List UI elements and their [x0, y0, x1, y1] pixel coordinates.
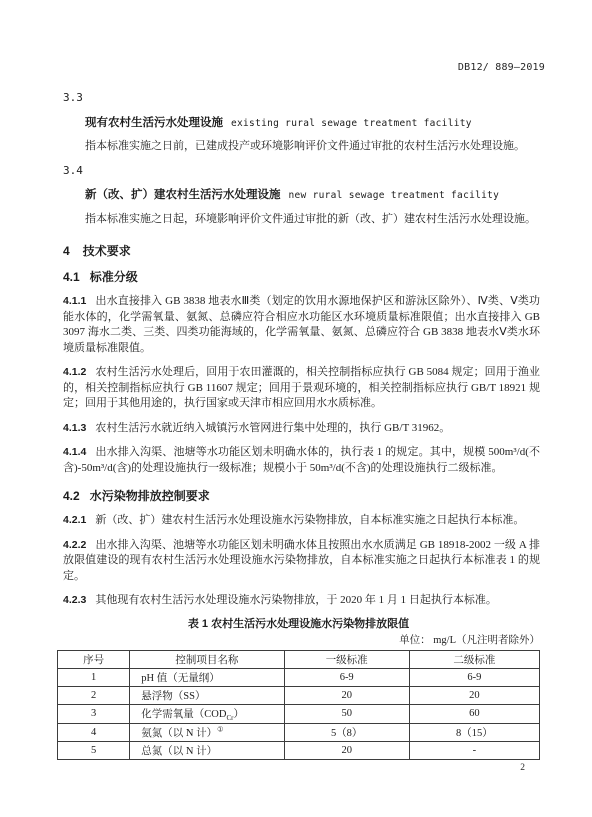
document-content: 3.3 现有农村生活污水处理设施existing rural sewage tr…: [63, 90, 540, 760]
section-4-1-heading: 4.1标准分级: [63, 269, 540, 285]
column-header: 二级标准: [409, 650, 539, 668]
clause-4-1-2-number: 4.1.2: [63, 366, 86, 378]
term-3-4-number: 3.4: [63, 163, 540, 179]
table-cell: 20: [284, 686, 409, 704]
column-header: 控制项目名称: [130, 650, 284, 668]
table-row: 5总氮（以 N 计）20-: [58, 741, 540, 759]
term-3-3-definition: 指本标准实施之日前，已建成投产或环境影响评价文件通过审批的农村生活污水处理设施。: [63, 139, 540, 155]
clause-4-2-1: 4.2.1新（改、扩）建农村生活污水处理设施水污染物排放，自本标准实施之日起执行…: [63, 513, 540, 529]
table-cell: 5（8）: [284, 723, 409, 741]
clause-4-1-3-text: 农村生活污水就近纳入城镇污水管网进行集中处理的，执行 GB/T 31962。: [95, 422, 450, 434]
term-3-4-definition: 指本标准实施之日起，环境影响评价文件通过审批的新（改、扩）建农村生活污水处理设施…: [63, 212, 540, 228]
clause-4-2-2-text: 出水排入沟渠、池塘等水功能区划未明确水体且按照出水水质满足 GB 18918-2…: [63, 539, 540, 582]
term-3-3-heading: 现有农村生活污水处理设施existing rural sewage treatm…: [63, 114, 540, 132]
document-page: DB12/ 889—2019 3.3 现有农村生活污水处理设施existing …: [0, 0, 592, 817]
table-row: 1pH 值（无量纲）6-96-9: [58, 668, 540, 686]
pollutant-limits-table: 序号控制项目名称一级标准二级标准 1pH 值（无量纲）6-96-92悬浮物（SS…: [57, 650, 540, 760]
table-cell: pH 值（无量纲）: [130, 668, 284, 686]
table-row: 4氨氮（以 N 计）①5（8）8（15）: [58, 723, 540, 741]
section-4-1-title: 标准分级: [90, 270, 138, 284]
table-cell: 2: [58, 686, 130, 704]
clause-4-1-1-number: 4.1.1: [63, 295, 86, 307]
table-row: 2悬浮物（SS）2020: [58, 686, 540, 704]
column-header: 一级标准: [284, 650, 409, 668]
term-3-3-title-en: existing rural sewage treatment facility: [231, 118, 472, 129]
table-cell: 20: [409, 686, 539, 704]
table-cell: 20: [284, 741, 409, 759]
term-3-4-title-zh: 新（改、扩）建农村生活污水处理设施: [85, 189, 281, 201]
table-1-unit-note: 单位： mg/L（凡注明者除外）: [57, 634, 540, 648]
page-number: 2: [520, 763, 525, 773]
table-header-row: 序号控制项目名称一级标准二级标准: [58, 650, 540, 668]
section-4-2-title: 水污染物排放控制要求: [90, 489, 210, 503]
clause-4-2-3-number: 4.2.3: [63, 594, 86, 606]
table-cell: 4: [58, 723, 130, 741]
section-4-1-number: 4.1: [63, 270, 80, 284]
table-body: 1pH 值（无量纲）6-96-92悬浮物（SS）20203化学需氧量（CODCr…: [58, 668, 540, 759]
table-cell: -: [409, 741, 539, 759]
table-cell: 悬浮物（SS）: [130, 686, 284, 704]
table-row: 3化学需氧量（CODCr）5060: [58, 704, 540, 723]
table-cell: 60: [409, 704, 539, 723]
chapter-4-heading: 4技术要求: [63, 243, 540, 259]
table-cell: 6-9: [409, 668, 539, 686]
column-header: 序号: [58, 650, 130, 668]
clause-4-2-3-text: 其他现有农村生活污水处理设施水污染物排放，于 2020 年 1 月 1 日起执行…: [95, 594, 497, 606]
table-cell: 3: [58, 704, 130, 723]
table-1-caption: 表 1 农村生活污水处理设施水污染物排放限值: [57, 617, 540, 632]
clause-4-1-4-number: 4.1.4: [63, 446, 86, 458]
table-cell: 8（15）: [409, 723, 539, 741]
section-4-2-heading: 4.2水污染物排放控制要求: [63, 488, 540, 504]
clause-4-2-2-number: 4.2.2: [63, 539, 86, 551]
table-cell: 50: [284, 704, 409, 723]
clause-4-1-2-text: 农村生活污水处理后，回用于农田灌溉的，相关控制指标应执行 GB 5084 规定；…: [63, 366, 540, 409]
table-cell: 1: [58, 668, 130, 686]
clause-4-2-3: 4.2.3其他现有农村生活污水处理设施水污染物排放，于 2020 年 1 月 1…: [63, 593, 540, 609]
term-3-3-number: 3.3: [63, 90, 540, 106]
clause-4-1-2: 4.1.2农村生活污水处理后，回用于农田灌溉的，相关控制指标应执行 GB 508…: [63, 365, 540, 412]
header-standard-code: DB12/ 889—2019: [458, 62, 545, 73]
clause-4-1-4-text: 出水排入沟渠、池塘等水功能区划未明确水体的，执行表 1 的规定。其中，规模 50…: [63, 446, 540, 474]
clause-4-1-3-number: 4.1.3: [63, 422, 86, 434]
clause-4-1-1: 4.1.1出水直接排入 GB 3838 地表水Ⅲ类（划定的饮用水源地保护区和游泳…: [63, 294, 540, 356]
table-cell: 化学需氧量（CODCr）: [130, 704, 284, 723]
table-cell: 总氮（以 N 计）: [130, 741, 284, 759]
chapter-4-title: 技术要求: [83, 244, 131, 258]
clause-4-2-2: 4.2.2出水排入沟渠、池塘等水功能区划未明确水体且按照出水水质满足 GB 18…: [63, 538, 540, 585]
table-cell: 6-9: [284, 668, 409, 686]
term-3-3-title-zh: 现有农村生活污水处理设施: [85, 117, 223, 129]
table-cell: 氨氮（以 N 计）①: [130, 723, 284, 741]
clause-4-1-1-text: 出水直接排入 GB 3838 地表水Ⅲ类（划定的饮用水源地保护区和游泳区除外）、…: [63, 295, 540, 354]
clause-4-2-1-number: 4.2.1: [63, 514, 86, 526]
term-3-4-heading: 新（改、扩）建农村生活污水处理设施new rural sewage treatm…: [63, 186, 540, 204]
table-cell: 5: [58, 741, 130, 759]
chapter-4-number: 4: [63, 244, 70, 258]
clause-4-2-1-text: 新（改、扩）建农村生活污水处理设施水污染物排放，自本标准实施之日起执行本标准。: [95, 514, 524, 526]
clause-4-1-3: 4.1.3农村生活污水就近纳入城镇污水管网进行集中处理的，执行 GB/T 319…: [63, 421, 540, 437]
clause-4-1-4: 4.1.4出水排入沟渠、池塘等水功能区划未明确水体的，执行表 1 的规定。其中，…: [63, 445, 540, 476]
term-3-4-title-en: new rural sewage treatment facility: [289, 190, 500, 201]
section-4-2-number: 4.2: [63, 489, 80, 503]
